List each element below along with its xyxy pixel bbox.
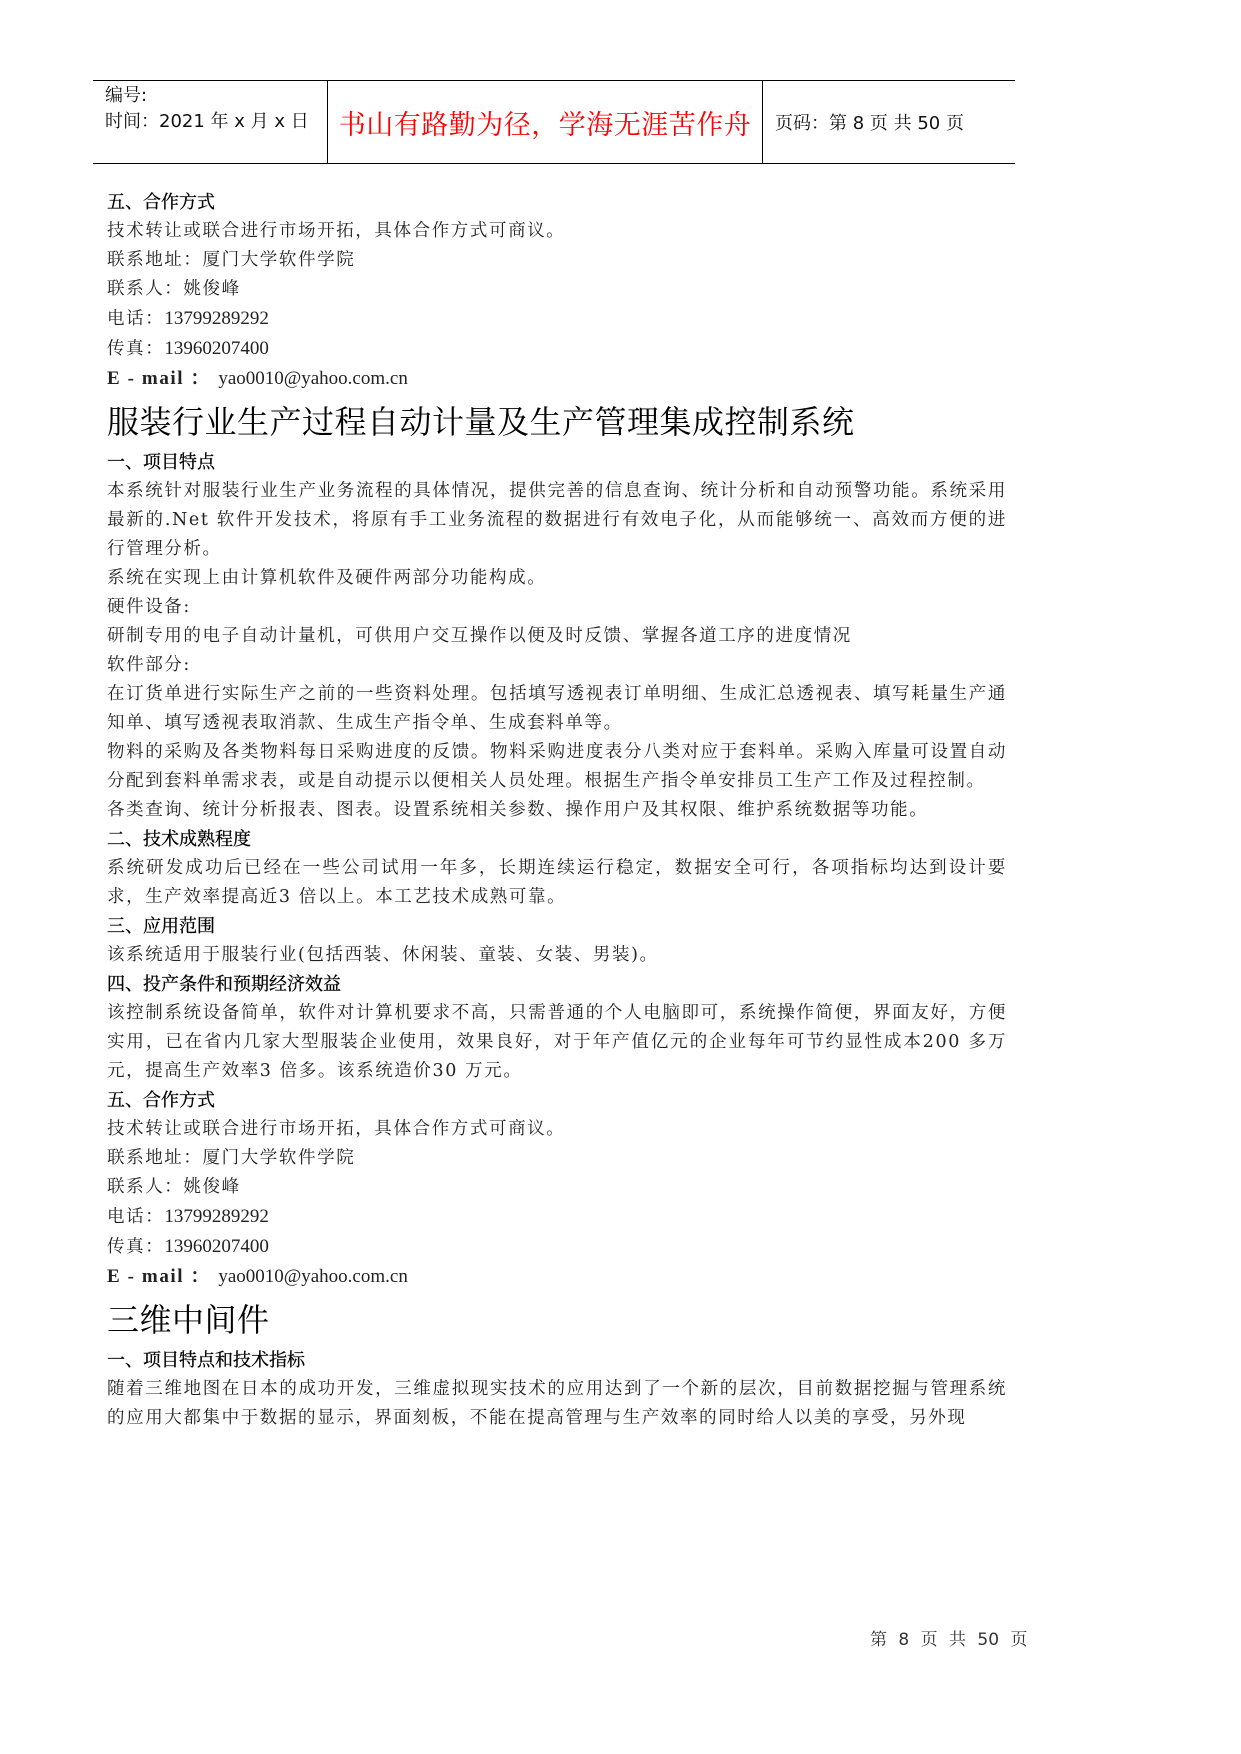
- section-heading-cooperation: 五、合作方式: [107, 188, 1007, 217]
- contact-label: 联系人：: [107, 279, 183, 299]
- benefits-text: 该控制系统设备简单，软件对计算机要求不高，只需普通的个人电脑即可，系统操作简便，…: [107, 999, 1007, 1086]
- fax-value: 13960207400: [164, 1236, 269, 1257]
- page-header-table: 编号: 时间：2021 年 x 月 x 日 书山有路勤为径，学海无涯苦作舟 页码…: [93, 80, 1015, 164]
- date-label: 时间：2021 年 x 月 x 日: [105, 109, 327, 135]
- features-paragraph-3d: 随着三维地图在日本的成功开发，三维虚拟现实技术的应用达到了一个新的层次，目前数据…: [107, 1375, 1007, 1433]
- fax-line-2: 传真：13960207400: [107, 1232, 1007, 1262]
- section-heading-scope: 三、应用范围: [107, 912, 1007, 941]
- section-heading-benefits: 四、投产条件和预期经济效益: [107, 970, 1007, 999]
- section-heading-cooperation-2: 五、合作方式: [107, 1086, 1007, 1115]
- email-label: E - mail ：: [107, 1266, 211, 1287]
- features-paragraph-1: 本系统针对服装行业生产业务流程的具体情况，提供完善的信息查询、统计分析和自动预警…: [107, 477, 1007, 564]
- phone-line-2: 电话：13799289292: [107, 1202, 1007, 1232]
- hardware-label: 硬件设备:: [107, 593, 1007, 622]
- maturity-text: 系统研发成功后已经在一些公司试用一年多，长期连续运行稳定，数据安全可行，各项指标…: [107, 854, 1007, 912]
- phone-label: 电话：: [107, 1207, 164, 1227]
- contact-value: 姚俊峰: [183, 1177, 240, 1197]
- section-heading-features-2: 一、项目特点和技术指标: [107, 1346, 1007, 1375]
- software-paragraph-1: 在订货单进行实际生产之前的一些资料处理。包括填写透视表订单明细、生成汇总透视表、…: [107, 680, 1007, 738]
- contact-label: 联系人：: [107, 1177, 183, 1197]
- cooperation-text-2: 技术转让或联合进行市场开拓，具体合作方式可商议。: [107, 1115, 1007, 1144]
- contact-value: 姚俊峰: [183, 279, 240, 299]
- phone-label: 电话：: [107, 309, 164, 329]
- fax-label: 传真：: [107, 1237, 164, 1257]
- contact-line: 联系人：姚俊峰: [107, 275, 1007, 304]
- hardware-text: 研制专用的电子自动计量机，可供用户交互操作以便及时反馈、掌握各道工序的进度情况: [107, 622, 1007, 651]
- header-page-info: 页码：第 8 页 共 50 页: [763, 81, 1015, 163]
- software-paragraph-3: 各类查询、统计分析报表、图表。设置系统相关参数、操作用户及其权限、维护系统数据等…: [107, 796, 1007, 825]
- software-paragraph-2: 物料的采购及各类物料每日采购进度的反馈。物料采购进度表分八类对应于套料单。采购入…: [107, 738, 1007, 796]
- address-line: 联系地址：厦门大学软件学院: [107, 246, 1007, 275]
- phone-value: 13799289292: [164, 1206, 269, 1227]
- address-line-2: 联系地址：厦门大学软件学院: [107, 1144, 1007, 1173]
- fax-value: 13960207400: [164, 338, 269, 359]
- phone-line: 电话：13799289292: [107, 304, 1007, 334]
- email-line: E - mail ： yao0010@yahoo.com.cn: [107, 364, 1007, 394]
- scope-text: 该系统适用于服装行业(包括西装、休闲装、童装、女装、男装)。: [107, 941, 1007, 970]
- email-line-2: E - mail ： yao0010@yahoo.com.cn: [107, 1262, 1007, 1292]
- page-footer: 第 8 页 共 50 页: [870, 1625, 1027, 1650]
- project-title-garment-system: 服装行业生产过程自动计量及生产管理集成控制系统: [107, 402, 1007, 442]
- address-value: 厦门大学软件学院: [203, 1148, 356, 1168]
- email-link[interactable]: yao0010@yahoo.com.cn: [218, 1266, 408, 1287]
- contact-line-2: 联系人：姚俊峰: [107, 1173, 1007, 1202]
- phone-value: 13799289292: [164, 308, 269, 329]
- features-paragraph-2: 系统在实现上由计算机软件及硬件两部分功能构成。: [107, 564, 1007, 593]
- software-label: 软件部分:: [107, 651, 1007, 680]
- address-label: 联系地址：: [107, 250, 203, 270]
- document-page: 编号: 时间：2021 年 x 月 x 日 书山有路勤为径，学海无涯苦作舟 页码…: [0, 0, 1241, 1754]
- header-meta-cell: 编号: 时间：2021 年 x 月 x 日: [93, 81, 328, 163]
- fax-line: 传真：13960207400: [107, 334, 1007, 364]
- email-link[interactable]: yao0010@yahoo.com.cn: [218, 368, 408, 389]
- cooperation-text: 技术转让或联合进行市场开拓，具体合作方式可商议。: [107, 217, 1007, 246]
- header-motto: 书山有路勤为径，学海无涯苦作舟: [328, 81, 763, 163]
- address-value: 厦门大学软件学院: [203, 250, 356, 270]
- project-title-3d-middleware: 三维中间件: [107, 1300, 1007, 1340]
- section-heading-maturity: 二、技术成熟程度: [107, 825, 1007, 854]
- fax-label: 传真：: [107, 339, 164, 359]
- address-label: 联系地址：: [107, 1148, 203, 1168]
- document-body: 五、合作方式 技术转让或联合进行市场开拓，具体合作方式可商议。 联系地址：厦门大…: [107, 188, 1007, 1433]
- serial-number-label: 编号:: [105, 83, 327, 109]
- email-label: E - mail ：: [107, 368, 211, 389]
- section-heading-features: 一、项目特点: [107, 448, 1007, 477]
